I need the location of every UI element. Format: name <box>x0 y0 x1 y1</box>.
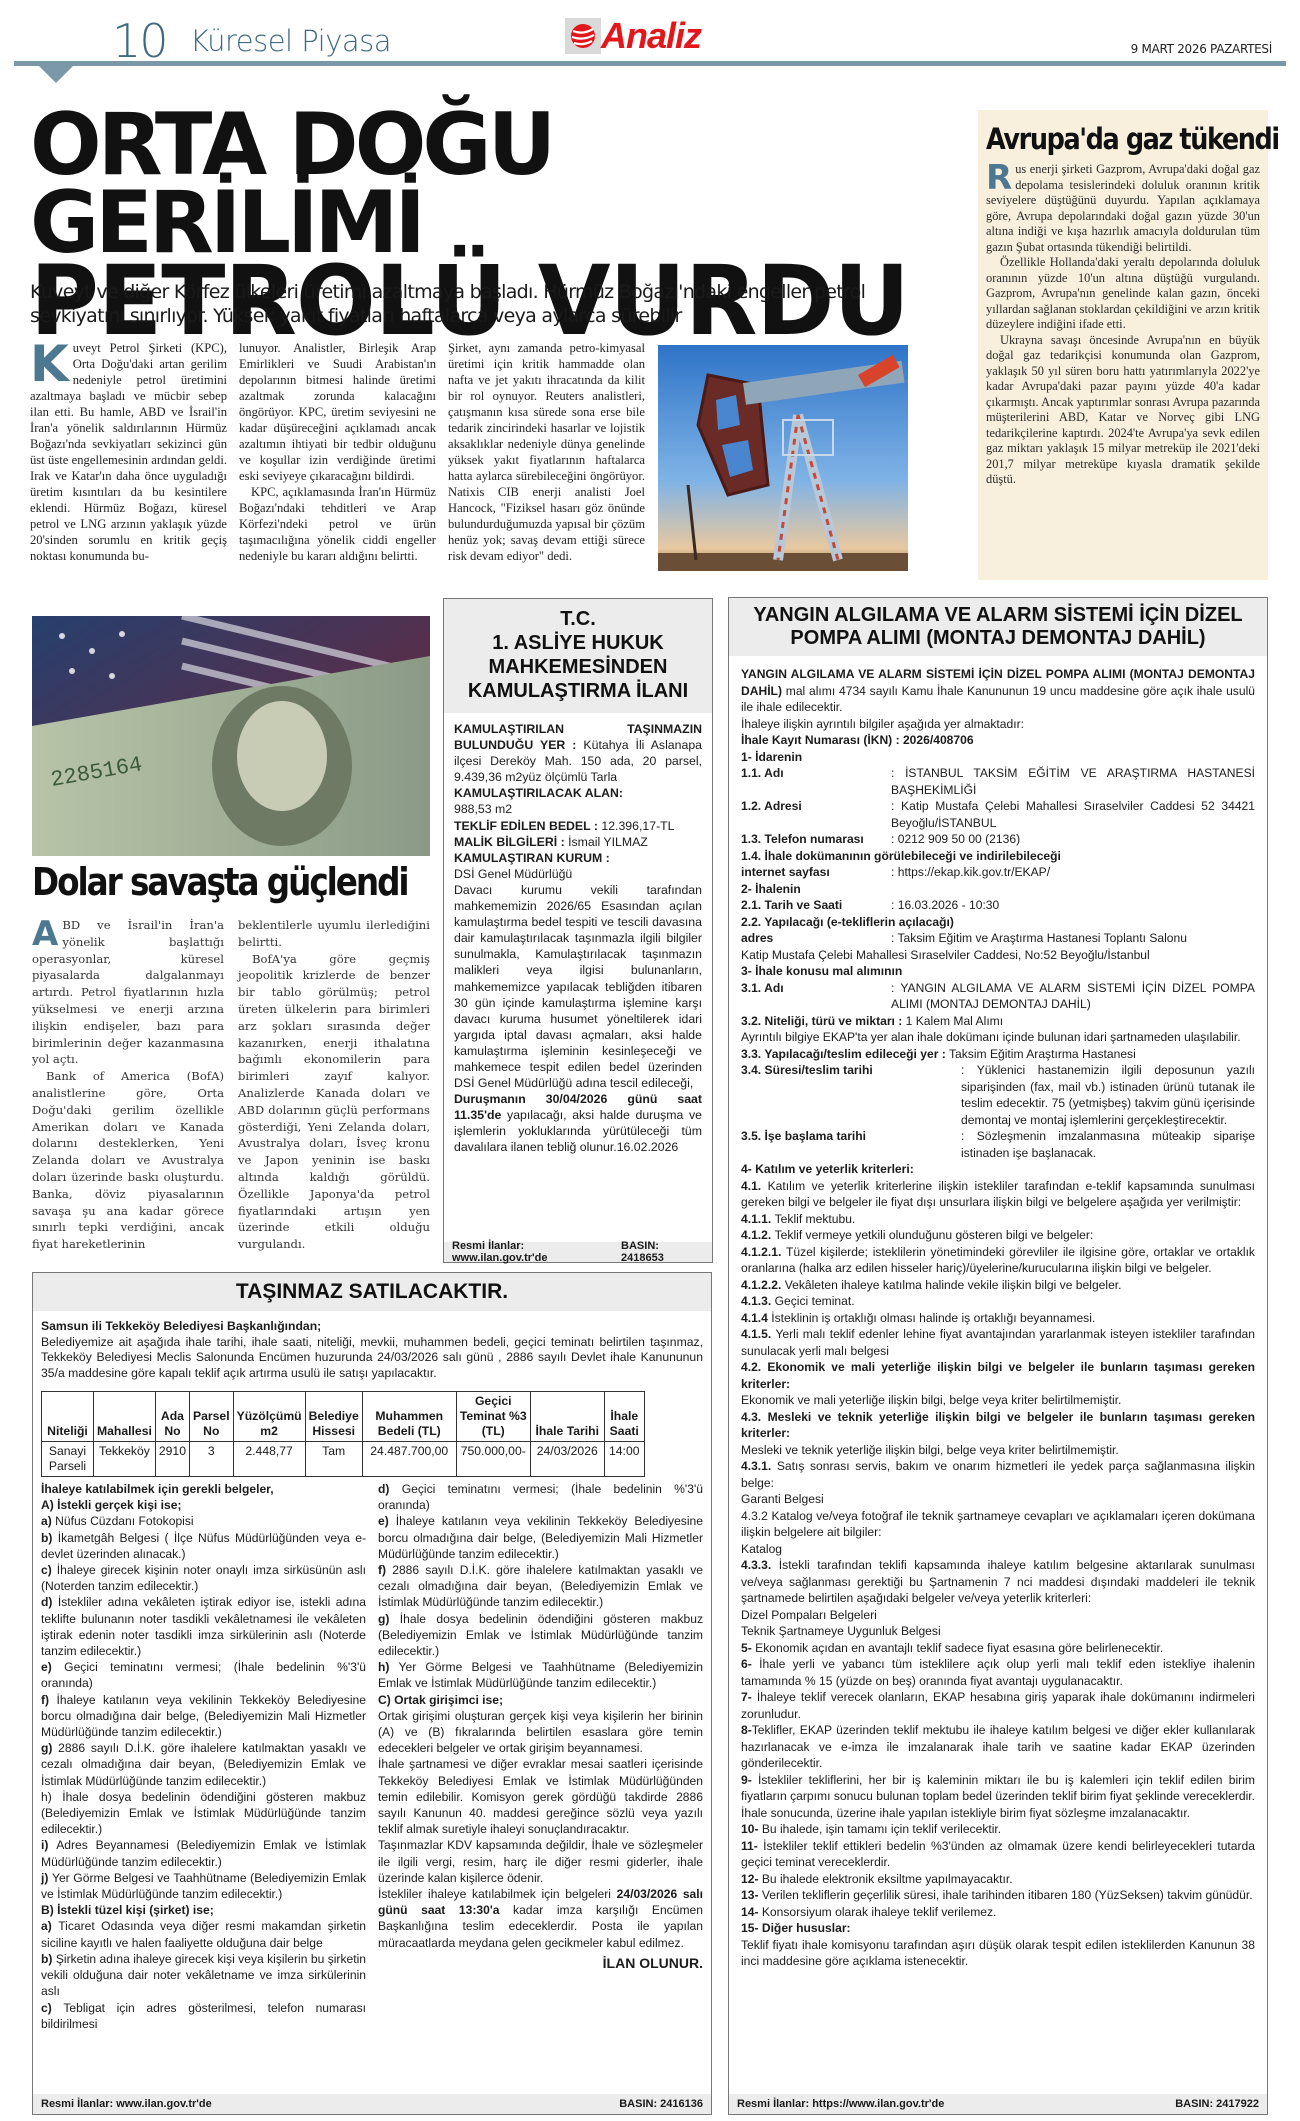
lead-standfirst: Kuveyt ve diğer Körfez ülkeleri üretimi … <box>30 280 910 328</box>
section-heading: 2- İhalenin <box>741 881 1255 898</box>
dropcap: R <box>986 163 1012 193</box>
notice-text: Katılım ve yeterlik kriterlerine ilişkin… <box>741 1179 1255 1210</box>
table-cell: 2.448,77 <box>233 1442 305 1477</box>
field-value: İsmail YILMAZ <box>568 835 648 849</box>
section-heading: C) Ortak girişimci ise; <box>378 1692 703 1708</box>
section-heading: 3- İhale konusu mal alımının <box>741 963 1255 980</box>
field-label: 1.3. Telefon numarası <box>741 831 891 848</box>
notice-text: Verilen tekliflerin geçerlilik süresi, i… <box>762 1888 1253 1902</box>
field-value: : Yüklenici hastanemizin ilgili deposunu… <box>961 1062 1255 1128</box>
column-header: Yüzölçümü m2 <box>233 1392 305 1442</box>
column-header: İhale Saati <box>604 1392 644 1442</box>
issue-date: 9 MART 2026 PAZARTESİ <box>1131 42 1272 56</box>
field-label: KAMULAŞTIRILACAK ALAN: <box>454 785 702 801</box>
table-cell: 14:00 <box>604 1442 644 1477</box>
list-item: İhale dosya bedelinin ödendiğini göstere… <box>378 1612 703 1658</box>
list-item: h) İhale dosya bedelinin ödendiğini göst… <box>41 1789 366 1838</box>
field-row: 1.1. Adı: İSTANBUL TAKSİM EĞİTİM VE ARAŞ… <box>741 765 1255 798</box>
court-notice-footer: Resmi İlanlar: www.ilan.gov.tr'de BASIN:… <box>444 1242 712 1262</box>
field-row: 3.5. İşe başlama tarihi: Sözleşmenin imz… <box>741 1128 1255 1161</box>
press-code: BASIN: 2416136 <box>619 2098 703 2110</box>
official-ads-link[interactable]: Resmi İlanlar: www.ilan.gov.tr'de <box>452 1240 621 1264</box>
notice-text: İhale şartnamesi ve diğer evraklar mesai… <box>378 1756 703 1837</box>
notice-text: Ortak girişimi oluşturan gerçek kişi vey… <box>378 1708 703 1757</box>
dollar-story-title: Dolar savaşta güçlendi <box>32 860 408 904</box>
table-cell: Tam <box>305 1442 362 1477</box>
field-label: 3.4. Süresi/teslim tarihi <box>741 1062 961 1128</box>
gas-sidebar-title: Avrupa'da gaz tükendi <box>986 122 1227 156</box>
logo-text: Analiz <box>601 18 701 54</box>
section-heading: 15- Diğer hususlar: <box>741 1920 1255 1937</box>
notice-text: Ekonomik ve mali yeterliğe ilişkin bilgi… <box>741 1392 1255 1409</box>
press-code: BASIN: 2418653 <box>621 1240 704 1264</box>
press-code: BASIN: 2417922 <box>1175 2098 1259 2110</box>
section-heading: 4- Katılım ve yeterlik kriterleri: <box>741 1161 1255 1178</box>
tender-notice-header: YANGIN ALGILAMA VE ALARM SİSTEMİ İÇİN Dİ… <box>729 598 1267 656</box>
notice-text: İstekliler ihaleye katılabilmek için bel… <box>378 1887 617 1901</box>
lead-column-2: lunuyor. Analistler, Birleşik Arap Emirl… <box>239 340 436 564</box>
issuer: Samsun ili Tekkeköy Belediyesi Başkanlığ… <box>41 1319 703 1335</box>
court-expropriation-notice: T.C. 1. ASLİYE HUKUK MAHKEMESİNDEN KAMUL… <box>443 598 713 1263</box>
paragraph: Ukrayna savaşı öncesinde Avrupa'nın en b… <box>986 333 1260 488</box>
column-header: İhale Tarihi <box>530 1392 604 1442</box>
column-header: Parsel No <box>190 1392 234 1442</box>
paragraph: beklentilerle uyumlu ilerlediğini belirt… <box>238 917 430 951</box>
notice-text: İsteklinin iş ortaklığı olması halinde i… <box>771 1311 1095 1325</box>
field-value: 1 Kalem Mal Alımı <box>902 1014 1003 1028</box>
section-heading: A) İstekli gerçek kişi ise; <box>41 1497 366 1513</box>
oil-pump-photo <box>658 345 908 571</box>
list-item: Yer Görme Belgesi ve Taahhütname (Beledi… <box>41 1871 366 1901</box>
tender-registration-number: İhale Kayıt Numarası (İKN) : 2026/408706 <box>741 732 1255 749</box>
table-header-row: Niteliği Mahallesi Ada No Parsel No Yüzö… <box>42 1392 645 1442</box>
notice-text: Teknik Şartnameye Uygunluk Belgesi <box>741 1623 1255 1640</box>
table-cell: 24/03/2026 <box>530 1442 604 1477</box>
column-header: Geçici Teminat %3 (TL) <box>456 1392 530 1442</box>
column-header: Mahallesi <box>94 1392 156 1442</box>
field-row: 2.1. Tarih ve Saati: 16.03.2026 - 10:30 <box>741 897 1255 914</box>
field-value: : 0212 909 50 00 (2136) <box>891 831 1255 848</box>
field-label: 3.3. Yapılacağı/teslim edileceği yer : <box>741 1047 946 1061</box>
notice-text: Davacı kurumu vekili tarafından mahkemem… <box>454 882 702 1091</box>
table-cell: 750.000,00- <box>456 1442 530 1477</box>
list-item: Geçici teminatını vermesi; (İhale bedeli… <box>378 1482 703 1512</box>
table-row: Sanayi Parseli Tekkeköy 2910 3 2.448,77 … <box>42 1442 645 1477</box>
list-item: İhaleye katılanın veya vekilinin Tekkekö… <box>378 1514 703 1560</box>
header-line: KAMULAŞTIRMA İLANI <box>448 679 708 703</box>
field-row: adres: Taksim Eğitim ve Araştırma Hastan… <box>741 930 1255 947</box>
field-row: 1.2. Adresi: Katip Mustafa Çelebi Mahall… <box>741 798 1255 831</box>
field-label: adres <box>741 930 891 947</box>
list-item: Şirketin adına ihaleye girecek kişi veya… <box>41 1952 366 1998</box>
notice-text: Vekâleten ihaleye katılma halinde vekile… <box>785 1278 1122 1292</box>
field-row: internet sayfası: https://ekap.kik.gov.t… <box>741 864 1255 881</box>
notice-text: Garanti Belgesi <box>741 1491 1255 1508</box>
list-item: Ticaret Odasında veya diğer resmi makamd… <box>41 1919 366 1949</box>
paragraph: BD ve İsrail'in İran'a yönelik başlattığ… <box>32 918 224 1066</box>
field-value: DSİ Genel Müdürlüğü <box>454 866 702 882</box>
notice-text: Yerli malı teklif edenler lehine fiyat a… <box>741 1327 1255 1358</box>
sale-notice-body: İhaleye katılabilmek için gerekli belgel… <box>33 1477 711 2032</box>
field-value: : YANGIN ALGILAMA VE ALARM SİSTEMİ İÇİN … <box>891 980 1255 1013</box>
notice-text: mal alımı 4734 sayılı Kamu İhale Kanunun… <box>741 684 1255 715</box>
column-header: Niteliği <box>42 1392 94 1442</box>
field-value: : 16.03.2026 - 10:30 <box>891 897 1255 914</box>
list-item: İkametgâh Belgesi ( İlçe Nüfus Müdürlüğü… <box>41 1531 366 1561</box>
court-notice-body: KAMULAŞTIRILAN TAŞINMAZIN BULUNDUĞU YER … <box>444 713 712 1164</box>
page-masthead: 10 Küresel Piyasa Analiz 9 MART 2026 PAZ… <box>0 0 1300 80</box>
list-item: Yer Görme Belgesi ve Taahhütname (Beledi… <box>378 1660 703 1690</box>
closing-statement: İLAN OLUNUR. <box>378 1955 703 1971</box>
headline-line-1: ORTA DOĞU GERİLİMİ <box>30 106 912 262</box>
notice-text: Katalog <box>741 1541 1255 1558</box>
field-row: 3.1. Adı: YANGIN ALGILAMA VE ALARM SİSTE… <box>741 980 1255 1013</box>
list-item: İhaleye girecek kişinin noter onaylı imz… <box>41 1563 366 1593</box>
tender-notice-body: YANGIN ALGILAMA VE ALARM SİSTEMİ İÇİN Dİ… <box>729 656 1267 1976</box>
field-value: Katip Mustafa Çelebi Mahallesi Sıraselvi… <box>741 947 1255 964</box>
field-label: 2.2. Yapılacağı (e-tekliflerin açılacağı… <box>741 914 1255 931</box>
official-ads-link[interactable]: Resmi İlanlar: www.ilan.gov.tr'de <box>41 2098 212 2110</box>
notice-text: Teklif vermeye yetkili olunduğunu göster… <box>775 1228 1094 1242</box>
lead-column-1: Kuveyt Petrol Şirketi (KPC), Orta Doğu'd… <box>30 340 227 564</box>
list-item: İhaleye katılanın veya vekilinin Tekkekö… <box>41 1693 366 1739</box>
notice-text: Bu ihalede, işin tamamı için teklif veri… <box>762 1822 1001 1836</box>
court-notice-header: T.C. 1. ASLİYE HUKUK MAHKEMESİNDEN KAMUL… <box>444 599 712 713</box>
dropcap: A <box>32 918 58 950</box>
list-item: 2886 sayılı D.İ.K. göre ihalelere katılm… <box>41 1741 366 1787</box>
header-line: T.C. <box>448 607 708 631</box>
field-value: 12.396,17-TL <box>601 819 674 833</box>
field-row: 3.4. Süresi/teslim tarihi: Yüklenici has… <box>741 1062 1255 1128</box>
section-heading: 4.3. Mesleki ve teknik yeterliğe ilişkin… <box>741 1409 1255 1442</box>
field-value: : Taksim Eğitim ve Araştırma Hastanesi T… <box>891 930 1255 947</box>
notice-text: İstekliler teklif ettikleri bedelin %3'ü… <box>741 1839 1255 1870</box>
tender-notice-footer: Resmi İlanlar: https://www.ilan.gov.tr'd… <box>729 2094 1267 2114</box>
dollar-column-1: ABD ve İsrail'in İran'a yönelik başlattı… <box>32 917 224 1253</box>
newspaper-logo[interactable]: Analiz <box>565 18 701 54</box>
field-label: 1.1. Adı <box>741 765 891 798</box>
table-cell: 2910 <box>155 1442 189 1477</box>
sale-notice-intro: Samsun ili Tekkeköy Belediyesi Başkanlığ… <box>33 1311 711 1381</box>
header-line: 1. ASLİYE HUKUK <box>448 631 708 655</box>
ekap-link[interactable]: : https://ekap.kik.gov.tr/EKAP/ <box>891 864 1255 881</box>
list-item: 2886 sayılı D.İ.K. göre ihalelere katılm… <box>378 1563 703 1609</box>
section-heading: 4.2. Ekonomik ve mali yeterliğe ilişkin … <box>741 1359 1255 1392</box>
field-row: 1.3. Telefon numarası: 0212 909 50 00 (2… <box>741 831 1255 848</box>
paragraph: KPC, açıklamasında İran'ın Hürmüz Boğazı… <box>239 484 436 564</box>
sale-column-1: İhaleye katılabilmek için gerekli belgel… <box>41 1481 366 2032</box>
header-chevron-icon <box>36 63 76 83</box>
notice-text: Teklifler, EKAP üzerinden teklif mektubu… <box>741 1723 1255 1770</box>
field-label: 1.2. Adresi <box>741 798 891 831</box>
notice-text: Belediyemize ait aşağıda ihale tarihi, i… <box>41 1335 703 1382</box>
dollar-column-2: beklentilerle uyumlu ilerlediğini belirt… <box>238 917 430 1253</box>
notice-text: İhaleye teklif verecek olanların, EKAP h… <box>741 1690 1255 1721</box>
header-rule <box>14 61 1286 66</box>
paragraph: BofA'ya göre geçmiş jeopolitik krizlerde… <box>238 951 430 1253</box>
lead-column-3: Şirket, aynı zamanda petro-kimyasal üret… <box>448 340 645 564</box>
column-header: Belediye Hissesi <box>305 1392 362 1442</box>
sale-column-2: d) Geçici teminatını vermesi; (İhale bed… <box>378 1481 703 2032</box>
table-cell: 24.487.700,00 <box>362 1442 456 1477</box>
property-sale-notice: TAŞINMAZ SATILACAKTIR. Samsun ili Tekkek… <box>32 1272 712 2115</box>
field-value: Taksim Eğitim Araştırma Hastanesi <box>946 1047 1136 1061</box>
list-item: Adres Beyannamesi (Belediyemizin Emlak v… <box>41 1838 366 1868</box>
paragraph: us enerji şirketi Gazprom, Avrupa'daki d… <box>986 162 1260 254</box>
field-label: 3.1. Adı <box>741 980 891 1013</box>
column-header: Ada No <box>155 1392 189 1442</box>
notice-text: İhale yerli ve yabancı tüm isteklilere a… <box>741 1657 1255 1688</box>
section-heading: 1- İdarenin <box>741 749 1255 766</box>
page-number: 10 <box>112 14 167 68</box>
dollar-banknote-photo: 2285164 <box>32 616 430 856</box>
paragraph: Şirket, aynı zamanda petro-kimyasal üret… <box>448 340 645 564</box>
official-ads-link[interactable]: Resmi İlanlar: https://www.ilan.gov.tr'd… <box>737 2098 944 2110</box>
notice-text: Teklif mektubu. <box>775 1212 856 1226</box>
paragraph: lunuyor. Analistler, Birleşik Arap Emirl… <box>239 340 436 484</box>
section-title: Küresel Piyasa <box>190 24 391 58</box>
list-item: Nüfus Cüzdanı Fotokopisi <box>55 1514 193 1528</box>
gas-sidebar: Avrupa'da gaz tükendi Rus enerji şirketi… <box>978 110 1268 580</box>
notice-text: Satış sonrası servis, bakım ve onarım hi… <box>741 1459 1255 1490</box>
field-value: : İSTANBUL TAKSİM EĞİTİM VE ARAŞTIRMA HA… <box>891 765 1255 798</box>
lead-article-body: Kuveyt Petrol Şirketi (KPC), Orta Doğu'd… <box>30 340 645 564</box>
field-label: MALİK BİLGİLERİ : <box>454 835 565 849</box>
sale-notice-footer: Resmi İlanlar: www.ilan.gov.tr'de BASIN:… <box>33 2094 711 2114</box>
notice-text: Teklif fiyatı ihale komisyonu tarafından… <box>741 1937 1255 1970</box>
table-cell: 3 <box>190 1442 234 1477</box>
list-item: Geçici teminatını vermesi; (İhale bedeli… <box>41 1660 366 1690</box>
table-cell: Sanayi Parseli <box>42 1442 94 1477</box>
field-label: KAMULAŞTIRAN KURUM : <box>454 850 702 866</box>
field-label: 3.2. Niteliği, türü ve miktarı : <box>741 1014 902 1028</box>
field-label: 3.5. İşe başlama tarihi <box>741 1128 961 1161</box>
tender-notice: YANGIN ALGILAMA VE ALARM SİSTEMİ İÇİN Dİ… <box>728 597 1268 2115</box>
notice-text: İstekli tarafından teklifi kapsamında ih… <box>741 1558 1255 1605</box>
sale-notice-header: TAŞINMAZ SATILACAKTIR. <box>33 1273 711 1311</box>
notice-text: Tüzel kişilerde; isteklilerin yönetimind… <box>741 1245 1255 1276</box>
logo-globe-icon <box>565 18 601 54</box>
notice-text: 4.3.2 Katalog ve/veya fotoğraf ile tekni… <box>741 1508 1255 1541</box>
notice-text: Ekonomik açıdan en avantajlı teklif sade… <box>755 1641 1163 1655</box>
notice-text: Ayrıntılı bilgiye EKAP'ta yer alan ihale… <box>741 1029 1255 1046</box>
field-label: 2.1. Tarih ve Saati <box>741 897 891 914</box>
list-item: İstekliler adına vekâleten iştirak ediyo… <box>41 1595 366 1658</box>
notice-text: Konsorsiyum olarak ihaleye teklif verile… <box>762 1905 997 1919</box>
dropcap: K <box>30 342 69 386</box>
notice-text: Mesleki ve teknik yeterliğe ilişkin bilg… <box>741 1442 1255 1459</box>
table-cell: Tekkeköy <box>94 1442 156 1477</box>
field-label: TEKLİF EDİLEN BEDEL : <box>454 819 598 833</box>
header-line: MAHKEMESİNDEN <box>448 655 708 679</box>
column-header: Muhammen Bedeli (TL) <box>362 1392 456 1442</box>
notice-text: İstekliler tekliflerini, her bir iş kale… <box>741 1773 1255 1820</box>
notice-text: Bu ihalede elektronik eksiltme yapılmaya… <box>762 1872 1013 1886</box>
section-heading: İhaleye katılabilmek için gerekli belgel… <box>41 1481 366 1497</box>
dollar-article-body: ABD ve İsrail'in İran'a yönelik başlattı… <box>32 917 430 1253</box>
gas-sidebar-body: Rus enerji şirketi Gazprom, Avrupa'daki … <box>986 162 1260 488</box>
property-table: Niteliği Mahallesi Ada No Parsel No Yüzö… <box>41 1391 645 1477</box>
notice-text: İhaleye ilişkin ayrıntılı bilgiler aşağı… <box>741 716 1255 733</box>
paragraph: Bank of America (BofA) analistlerine gör… <box>32 1068 224 1253</box>
field-label: 1.4. İhale dokümanının görülebileceği ve… <box>741 848 1255 865</box>
field-value: : Katip Mustafa Çelebi Mahallesi Sırasel… <box>891 798 1255 831</box>
list-item: Tebligat için adres gösterilmesi, telefo… <box>41 2001 366 2031</box>
field-label: internet sayfası <box>741 864 891 881</box>
field-value: 988,53 m2 <box>454 801 702 817</box>
notice-text: Dizel Pompaları Belgeleri <box>741 1607 1255 1624</box>
section-heading: B) İstekli tüzel kişi (şirket) ise; <box>41 1902 366 1918</box>
field-value: : Sözleşmenin imzalanmasına müteakip sip… <box>961 1128 1255 1161</box>
paragraph: Özellikle Hollanda'daki yeraltı depoları… <box>986 255 1260 333</box>
notice-text: Geçici teminat. <box>775 1294 855 1308</box>
notice-text: Taşınmazlar KDV kapsamında değildir, İha… <box>378 1837 703 1886</box>
